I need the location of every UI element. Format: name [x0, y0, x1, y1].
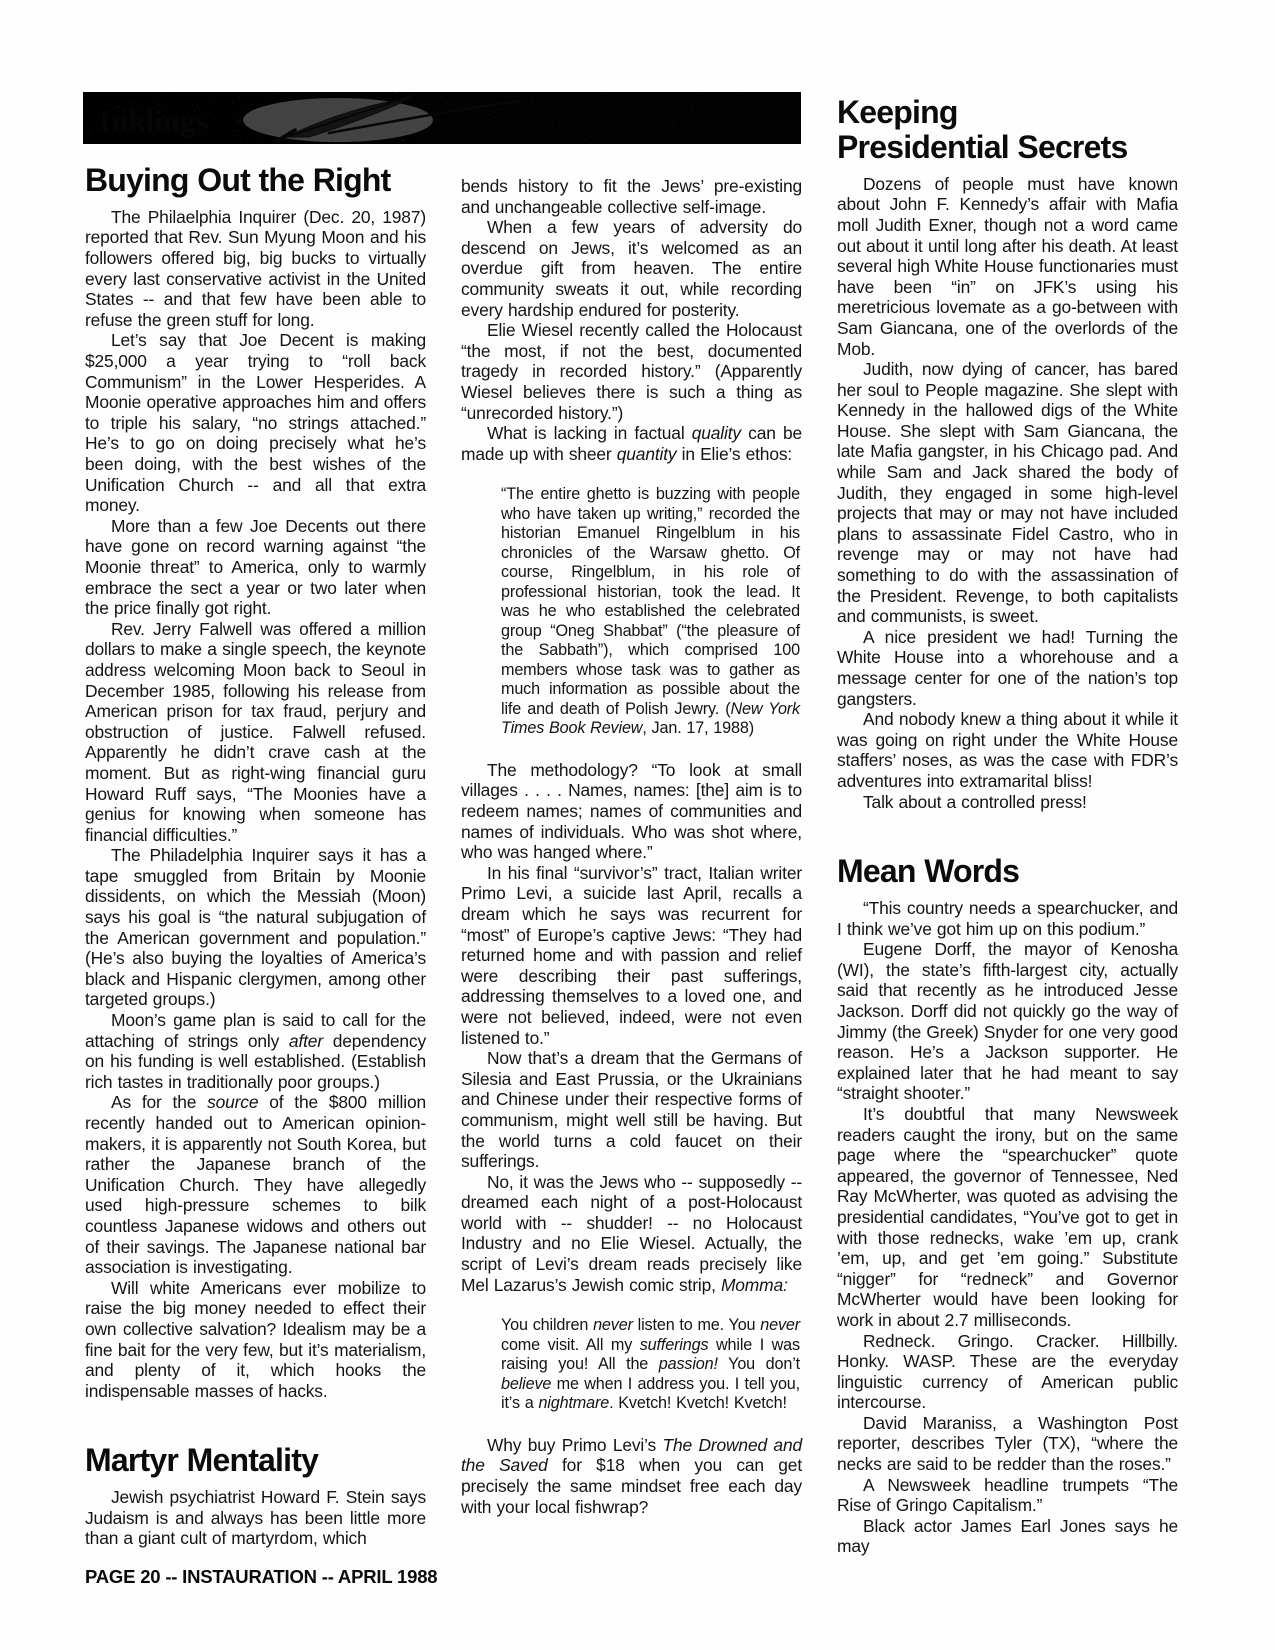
article-heading: Mean Words: [837, 854, 1178, 889]
paragraph: Rev. Jerry Falwell was offered a million…: [85, 619, 426, 846]
column-1: Buying Out the RightThe Philaelphia Inqu…: [85, 163, 426, 1549]
article-heading: Buying Out the Right: [85, 163, 426, 198]
inklings-banner: Inklings: [83, 92, 801, 144]
article-heading-line: Martyr Mentality: [85, 1443, 426, 1478]
paragraph: “This country needs a spearchucker, and …: [837, 898, 1178, 939]
paragraph: Jewish psychiatrist Howard F. Stein says…: [85, 1487, 426, 1549]
magazine-page: Inklings Buying Out the RightThe Philael…: [0, 0, 1275, 1650]
paragraph: When a few years of adversity do descend…: [461, 217, 802, 320]
paragraph: Moon’s game plan is said to call for the…: [85, 1010, 426, 1092]
paragraph: David Maraniss, a Washington Post report…: [837, 1413, 1178, 1475]
paragraph: It’s doubtful that many Newsweek readers…: [837, 1104, 1178, 1331]
banner-title: Inklings: [99, 103, 208, 138]
article-heading-line: Mean Words: [837, 854, 1178, 889]
article-heading: Martyr Mentality: [85, 1443, 426, 1478]
page-footer: PAGE 20 -- INSTAURATION -- APRIL 1988: [85, 1566, 437, 1588]
paragraph: What is lacking in factual quality can b…: [461, 423, 802, 464]
blockquote: You children never listen to me. You nev…: [501, 1316, 800, 1414]
paragraph: Will white Americans ever mobilize to ra…: [85, 1278, 426, 1402]
paragraph: Redneck. Gringo. Cracker. Hillbilly. Hon…: [837, 1331, 1178, 1413]
article-heading-line: Presidential Secrets: [837, 130, 1178, 165]
paragraph: A nice president we had! Turning the Whi…: [837, 627, 1178, 709]
paragraph: The methodology? “To look at small villa…: [461, 760, 802, 863]
paragraph: More than a few Joe Decents out there ha…: [85, 516, 426, 619]
paragraph: The Philaelphia Inquirer (Dec. 20, 1987)…: [85, 207, 426, 331]
inklings-banner-art: Inklings: [83, 92, 801, 144]
paragraph: A Newsweek headline trumpets “The Rise o…: [837, 1475, 1178, 1516]
paragraph: No, it was the Jews who -- supposedly --…: [461, 1172, 802, 1296]
paragraph: Talk about a controlled press!: [837, 792, 1178, 813]
column-3: KeepingPresidential SecretsDozens of peo…: [837, 95, 1178, 1557]
paragraph: Now that’s a dream that the Germans of S…: [461, 1048, 802, 1172]
paragraph: Eugene Dorff, the mayor of Kenosha (WI),…: [837, 939, 1178, 1104]
paragraph: Black actor James Earl Jones says he may: [837, 1516, 1178, 1557]
paragraph: Let’s say that Joe Decent is making $25,…: [85, 330, 426, 515]
paragraph: Dozens of people must have known about J…: [837, 174, 1178, 359]
column-2: bends history to fit the Jews’ pre-exist…: [461, 176, 802, 1517]
paragraph: In his final “survivor’s” tract, Italian…: [461, 863, 802, 1048]
article-heading: KeepingPresidential Secrets: [837, 95, 1178, 165]
paragraph: Judith, now dying of cancer, has bared h…: [837, 359, 1178, 627]
paragraph: The Philadelphia Inquirer says it has a …: [85, 845, 426, 1010]
article-heading-line: Buying Out the Right: [85, 163, 426, 198]
paragraph: And nobody knew a thing about it while i…: [837, 709, 1178, 791]
paragraph: As for the source of the $800 million re…: [85, 1092, 426, 1277]
paragraph: bends history to fit the Jews’ pre-exist…: [461, 176, 802, 217]
paragraph: Elie Wiesel recently called the Holocaus…: [461, 320, 802, 423]
blockquote: “The entire ghetto is buzzing with peopl…: [501, 485, 800, 739]
paragraph: Why buy Primo Levi’s The Drowned and the…: [461, 1435, 802, 1517]
article-heading-line: Keeping: [837, 95, 1178, 130]
